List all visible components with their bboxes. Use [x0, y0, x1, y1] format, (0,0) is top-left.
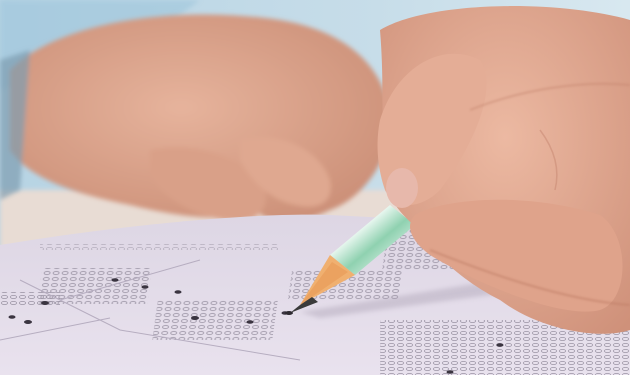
thumbnail	[386, 168, 418, 208]
photo-scene	[0, 0, 630, 375]
photo-illustration	[0, 0, 630, 375]
